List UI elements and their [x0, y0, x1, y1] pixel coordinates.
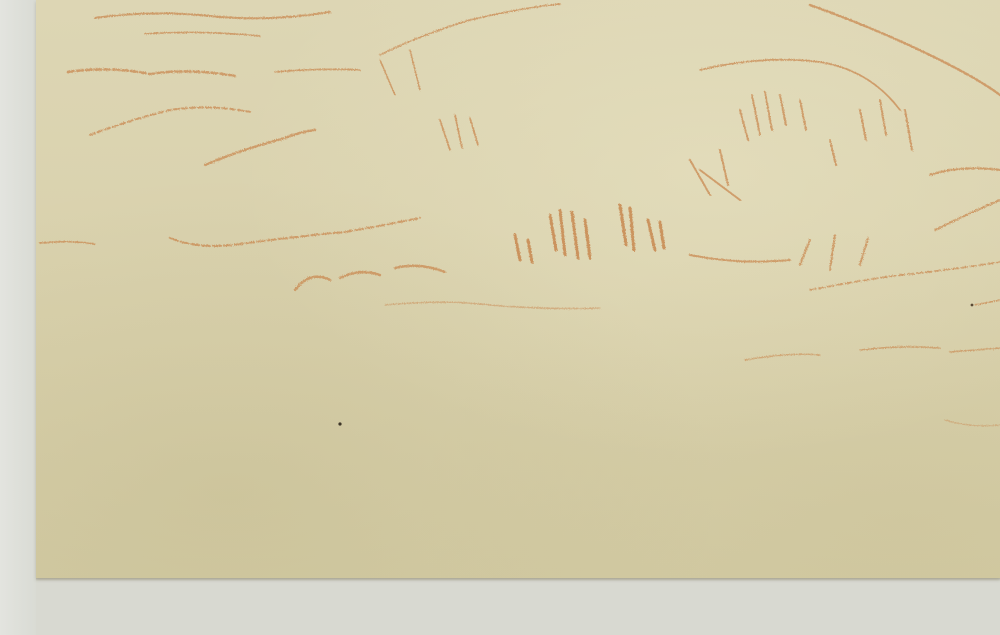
chalk-sketch — [36, 0, 1000, 578]
speck — [338, 422, 341, 425]
background-left-margin — [0, 0, 36, 635]
paper-sheet — [36, 0, 1000, 578]
paper-edge-shadow — [36, 578, 1000, 581]
